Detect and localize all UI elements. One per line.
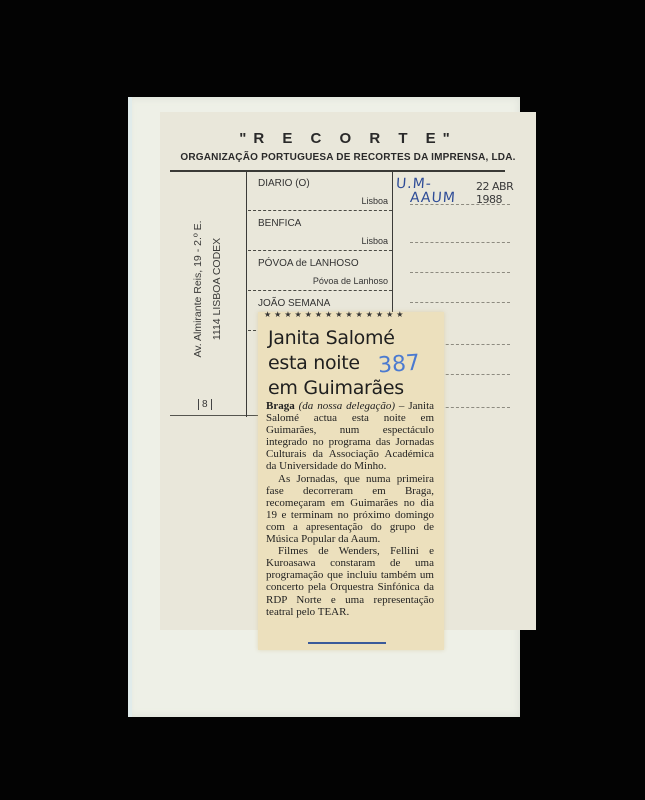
headline-line: em Guimarães (268, 376, 404, 401)
publication-row: PÓVOA de LANHOSO Póvoa de Lanhoso (248, 252, 392, 291)
article-paragraph: Braga (da nossa delegação) – Janita Salo… (266, 400, 434, 473)
article-paragraph: Filmes de Wenders, Fellini e Kuroasawa c… (266, 545, 434, 618)
headline-line: Janita Salomé (268, 326, 404, 351)
publication-name: JOÃO SEMANA (258, 298, 330, 309)
ruled-line (410, 242, 510, 243)
dateline-source: (da nossa delegação) – (299, 400, 405, 412)
handwritten-number: 387 (377, 351, 421, 379)
form-header: "R E C O R T E" ORGANIZAÇÃO PORTUGUESA D… (160, 130, 536, 163)
organization-name: ORGANIZAÇÃO PORTUGUESA DE RECORTES DA IM… (160, 152, 536, 163)
ruled-line (410, 302, 510, 303)
address-street: Av. Almirante Reis, 19 - 2.º E. (189, 220, 208, 357)
publication-city: Póvoa de Lanhoso (313, 276, 388, 286)
ruled-line (410, 272, 510, 273)
page-number: 8 (198, 399, 212, 410)
publication-name: DIARIO (O) (258, 178, 310, 189)
article-paragraph: As Jornadas, que numa primeira fase deco… (266, 473, 434, 546)
publication-row: DIARIO (O) Lisboa (248, 172, 392, 211)
address-block: Av. Almirante Reis, 19 - 2.º E. 1114 LIS… (168, 184, 248, 394)
publication-city: Lisboa (361, 196, 388, 206)
date-stamp: 22 ABR 1988 (476, 180, 536, 206)
newspaper-clipping: ★★★★★★★★★★★★★★ Janita Salomé esta noite … (258, 312, 444, 650)
signoff-rule (308, 642, 386, 644)
star-border: ★★★★★★★★★★★★★★ (264, 310, 406, 319)
handwritten-note: AAUM (409, 190, 456, 206)
publication-name: BENFICA (258, 218, 301, 229)
dateline-place: Braga (266, 400, 295, 412)
publication-name: PÓVOA de LANHOSO (258, 258, 359, 269)
address-city: 1114 LISBOA CODEX (208, 220, 227, 357)
publication-city: Lisboa (361, 236, 388, 246)
publication-row: BENFICA Lisboa (248, 212, 392, 251)
brand-title: "R E C O R T E" (160, 130, 536, 147)
article-body: Braga (da nossa delegação) – Janita Salo… (266, 400, 434, 618)
column-divider-left (246, 172, 247, 417)
